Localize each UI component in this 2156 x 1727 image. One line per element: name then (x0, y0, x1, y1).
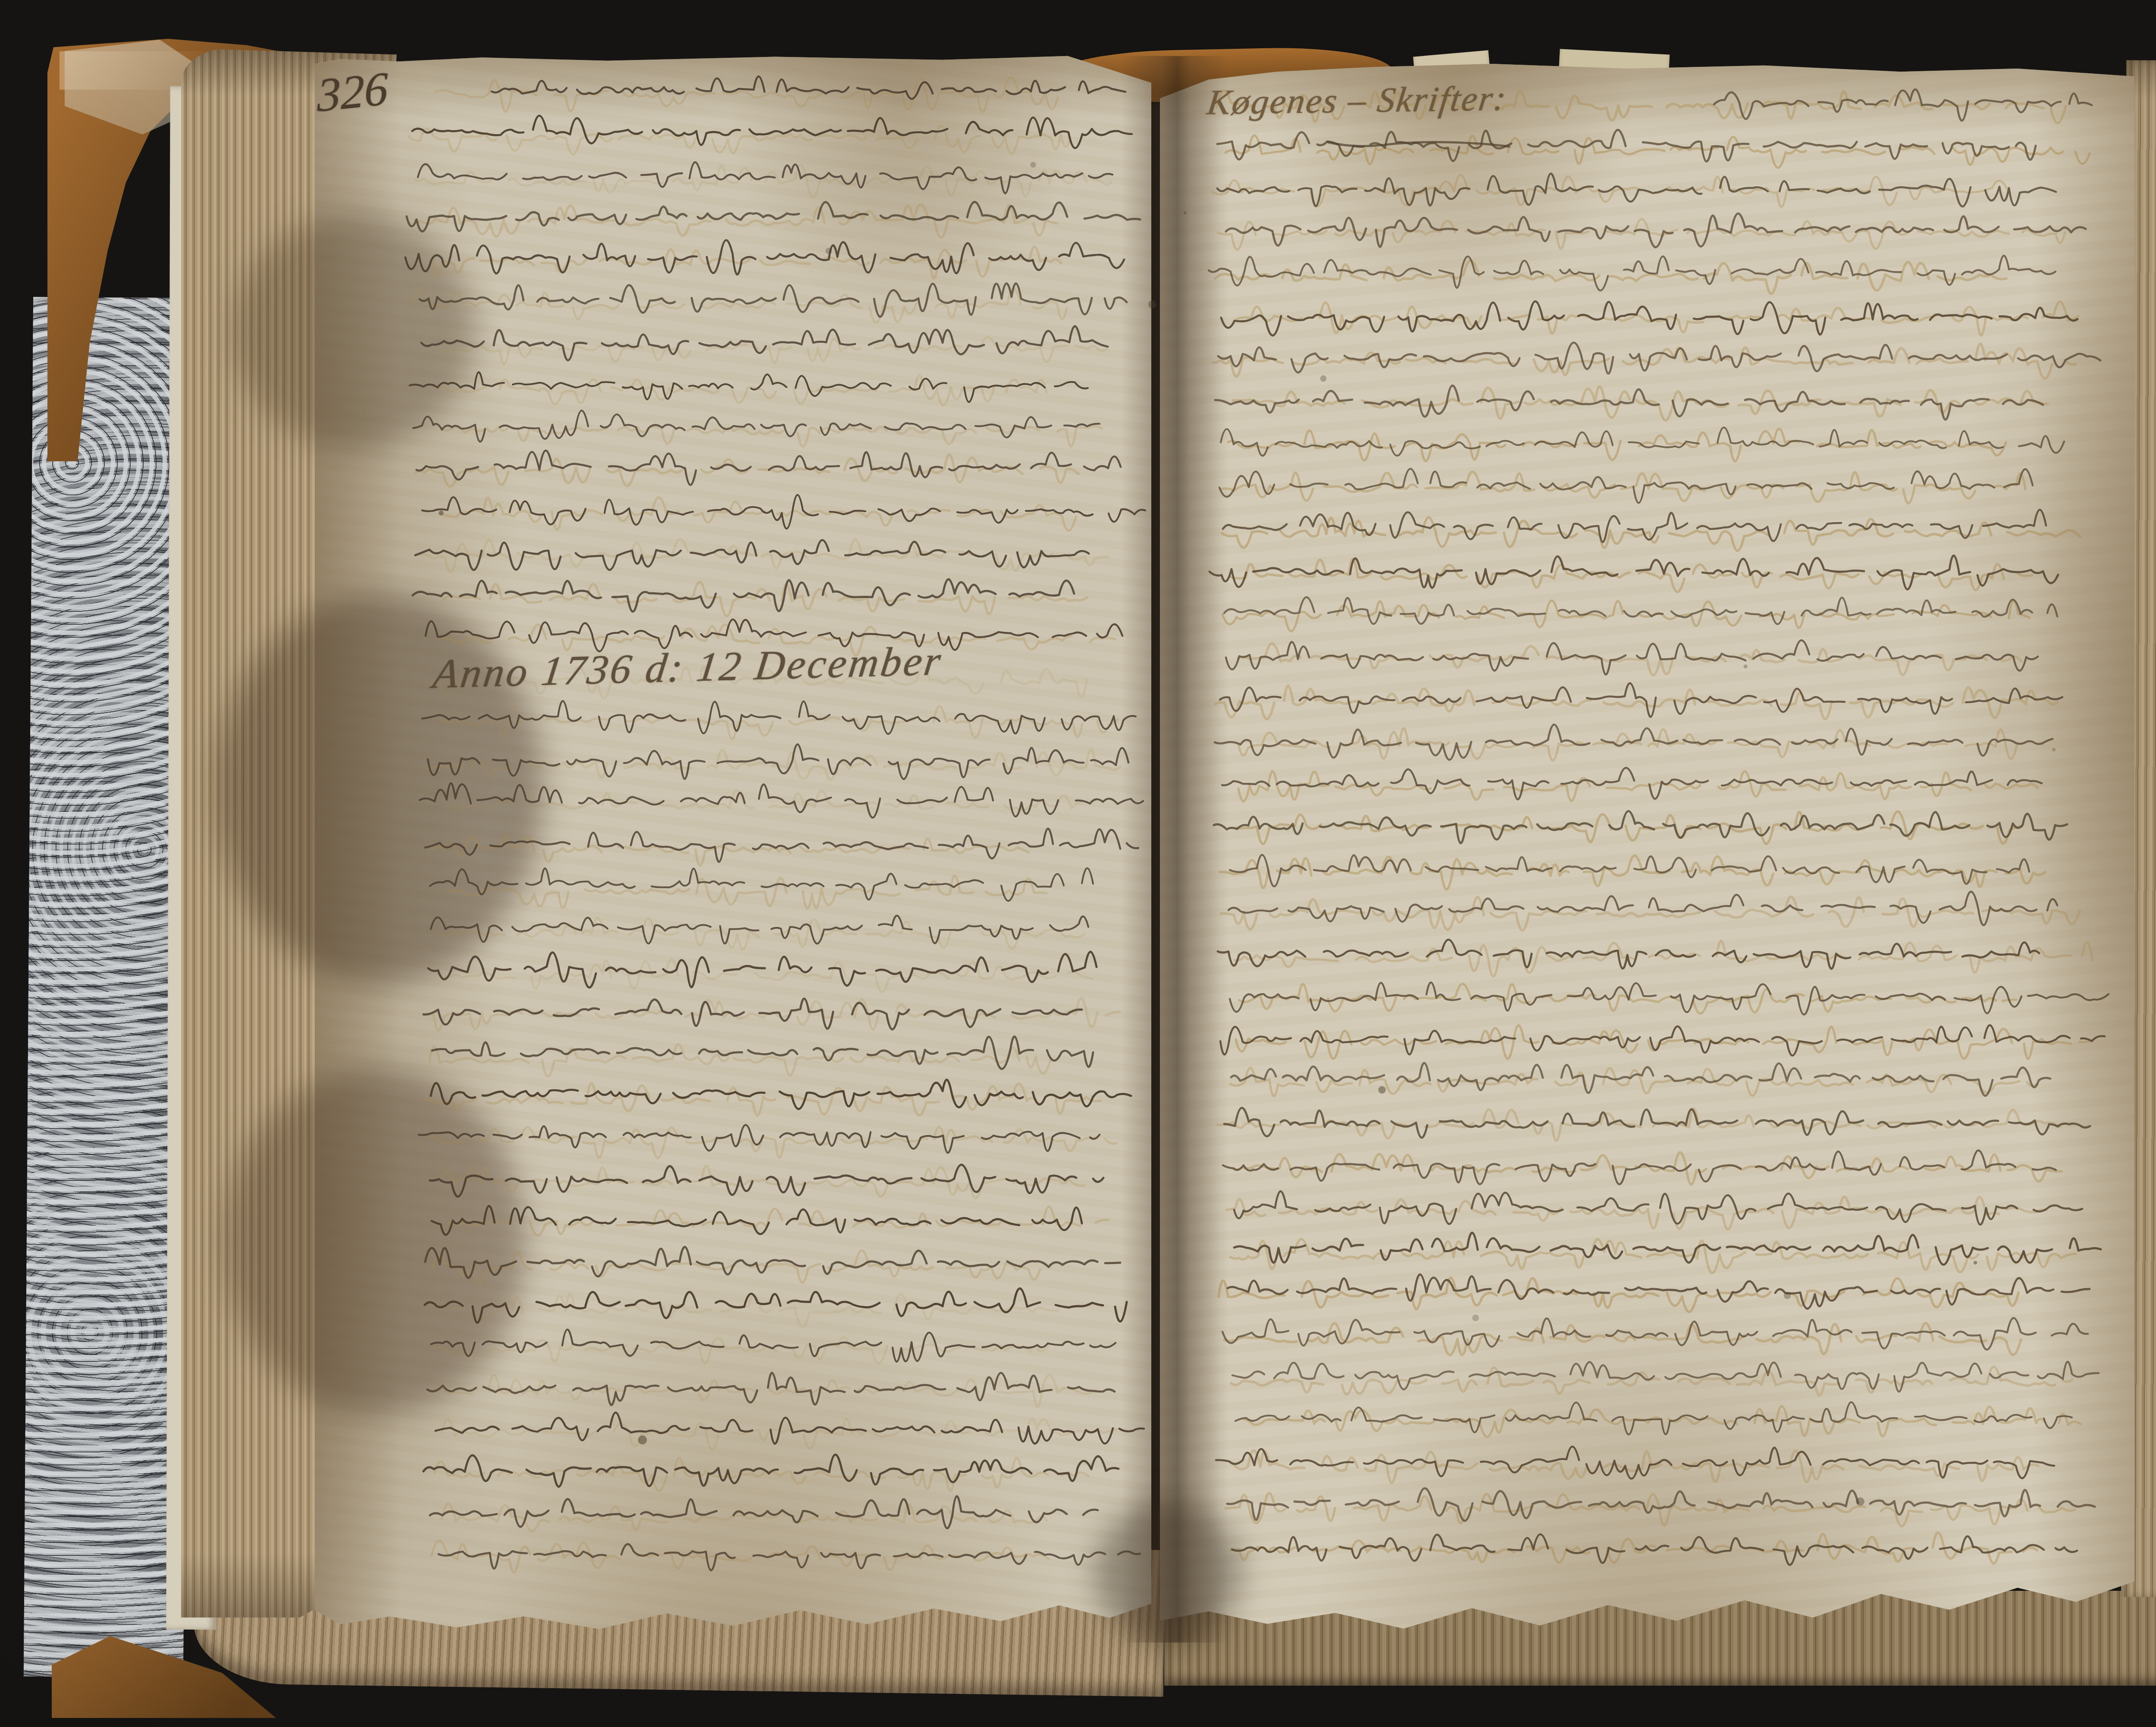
stain-smudge (224, 1069, 526, 1414)
page-number: 326 (317, 61, 388, 123)
gutter-shadow (1121, 56, 1229, 1643)
photo-of-open-manuscript-book: 326 Anno 1736 d: 12 December Køgenes – S… (0, 0, 2156, 1727)
right-page-heading: Køgenes – Skrifter: (1205, 78, 1510, 123)
manuscript-page-right (1160, 64, 2134, 1636)
stain-smudge (233, 216, 474, 448)
stain-smudge (1095, 1500, 1242, 1647)
